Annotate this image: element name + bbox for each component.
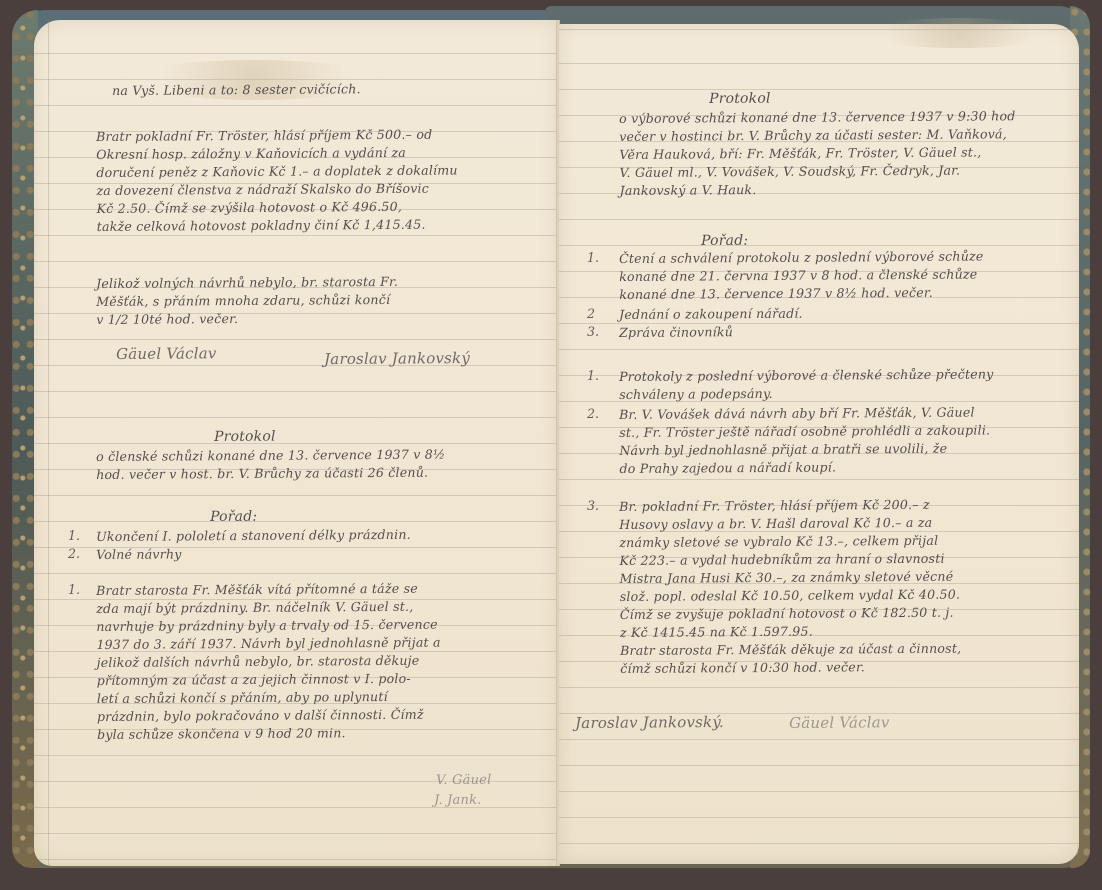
agenda-item: Volné návrhy [96,545,182,564]
text-line: z Kč 1415.45 na Kč 1.597.95. [620,622,961,642]
agenda-number: 2. [68,546,80,561]
text-line: Čímž se zvyšuje pokladní hotovost o Kč 1… [620,604,961,624]
top-line: na Vyš. Libeni a to: 8 sester cvičících. [112,80,361,100]
agenda-item: Ukončení I. pololetí a stanovení délky p… [96,526,411,546]
protocol-intro: o výborové schůzi konané dne 13. červenc… [619,107,1016,200]
text-line: schváleny a podepsány. [619,383,994,404]
page-margin-line [48,20,49,866]
text-line: známky sletové se vybralo Kč 13.–, celke… [619,532,960,552]
pencil-initials: J. Jank. [434,792,482,810]
agenda-item: Čtení a schválení protokolu z poslední v… [619,247,984,304]
protocol-title: Protokol [709,90,771,108]
minutes-number: 1. [587,368,599,383]
text-line: byla schůze skončena v 9 hod 20 min. [97,724,441,744]
text-line: Protokoly z poslední výborové a členské … [619,365,994,386]
agenda-number: 2 [587,306,595,321]
text-line: Kč 223.– a vydal hudebníkům za hraní o s… [619,550,960,570]
treasurer-paragraph: Bratr pokladní Fr. Tröster, hlásí příjem… [96,125,458,236]
agenda-number: 1. [68,528,80,543]
agenda-number: 1. [587,250,599,265]
minutes-number: 3. [587,498,599,513]
text-line: čímž schůzi končí v 10:30 hod. večer. [620,658,961,678]
text-line: V. Gäuel ml., V. Vovášek, V. Soudský, Fr… [619,161,1016,182]
signature-gauel: Gäuel Václav [116,344,217,363]
minutes-item: Bratr starosta Fr. Měšťák vítá přítomné … [96,580,441,744]
text-line: 1937 do 3. září 1937. Návrh byl jednohla… [96,634,440,654]
text-line: do Prahy zajedou a nářadí koupí. [619,457,990,478]
text-line: v 1/2 10té hod. večer. [96,309,398,329]
minutes-item: Br. pokladní Fr. Tröster, hlásí příjem K… [619,496,961,678]
text-line: přítomným za účast a za jejich činnost v… [97,670,441,690]
protocol-intro: o členské schůzi konané dne 13. července… [96,446,446,484]
text-line: Návrh byl jednohlasně přijat a bratři se… [619,439,990,460]
text-line: Jankovský a V. Hauk. [620,179,1017,200]
minutes-item: Protokoly z poslední výborové a členské … [619,365,994,404]
text-line: letí a schůzi končí s přáním, aby po upl… [97,688,441,708]
minutes-number: 1. [68,582,80,597]
agenda-item: Jednání o zakoupení nářadí. [619,305,803,324]
text-line: Bratr starosta Fr. Měšťák vítá přítomné … [96,580,440,600]
text-line: Br. pokladní Fr. Tröster, hlásí příjem K… [619,496,960,516]
text-line: Měšťák, s přáním mnoha zdaru, schůzi kon… [96,291,398,311]
agenda-title: Pořad: [210,508,257,526]
text-line: konané dne 13. července 1937 v 8½ hod. v… [619,283,984,304]
text-line: Jelikož volných návrhů nebylo, br. staro… [96,273,398,293]
text-line: hod. večer v host. br. V. Brůchy za účas… [96,464,445,484]
signature-gauel: Gäuel Václav [789,713,890,732]
agenda-number: 3. [587,324,599,339]
text-line: navrhuje by prázdniny byly a trvaly od 1… [96,616,440,636]
agenda-title: Pořad: [701,232,748,250]
text-line: jelikož dalších návrhů nebylo, br. staro… [97,652,441,672]
text-line: za dovezení členstva z nádraží Skalsko d… [96,179,458,200]
right-page: Protokol o výborové schůzi konané dne 13… [559,24,1079,864]
agenda-item: Zpráva činovníků [619,323,733,342]
protocol-title: Protokol [214,428,276,446]
minutes-number: 2. [587,406,599,421]
text-line: slož. popl. odeslal Kč 10.50, celkem vyd… [620,586,961,606]
text-line: Husovy oslavy a br. V. Hašl daroval Kč 1… [619,514,960,534]
text-line: Bratr starosta Fr. Měšťák děkuje za účas… [620,640,961,660]
closing-paragraph: Jelikož volných návrhů nebylo, br. staro… [96,273,398,329]
left-page: na Vyš. Libeni a to: 8 sester cvičících.… [34,20,558,866]
water-stain [859,18,1059,48]
text-line: prázdnin, bylo pokračováno v další činno… [97,706,441,726]
signature-jankovsky: Jaroslav Jankovský [324,349,470,368]
pencil-initials: V. Gäuel [436,772,491,790]
text-line: Mistra Jana Husi Kč 30.–, za známky slet… [620,568,961,588]
text-line: zda mají být prázdniny. Br. náčelník V. … [96,598,440,618]
text-line: takže celková hotovost pokladny činí Kč … [97,215,459,236]
minutes-item: Br. V. Vovášek dává návrh aby bří Fr. Mě… [619,403,991,478]
signature-jankovsky: Jaroslav Jankovský. [575,713,724,732]
